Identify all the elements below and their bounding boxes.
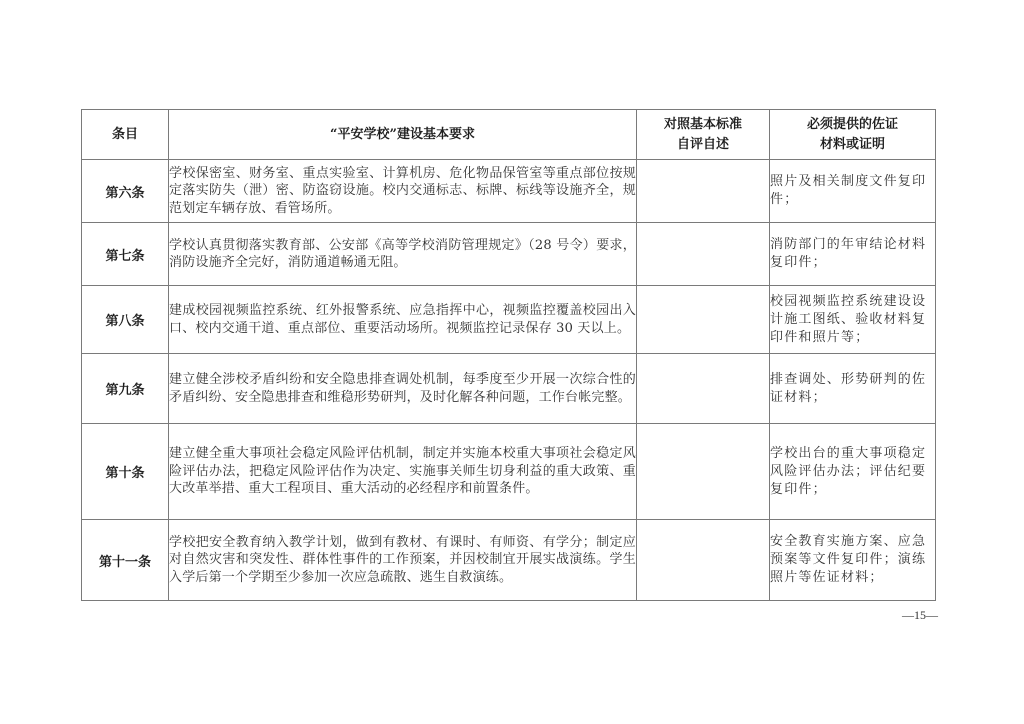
document-page: 条目 “平安学校”建设基本要求 对照基本标准 自评自述 必须提供的佐证 材料或证… <box>0 0 1024 724</box>
self-eval-cell[interactable] <box>637 160 770 223</box>
table-header-row: 条目 “平安学校”建设基本要求 对照基本标准 自评自述 必须提供的佐证 材料或证… <box>82 110 936 160</box>
article-cell: 第十条 <box>82 424 169 520</box>
proof-cell: 照片及相关制度文件复印件； <box>770 160 936 223</box>
header-requirement: “平安学校”建设基本要求 <box>169 110 637 160</box>
self-eval-cell[interactable] <box>637 223 770 286</box>
header-proof-line2: 材料或证明 <box>770 135 935 155</box>
article-cell: 第六条 <box>82 160 169 223</box>
header-proof-line1: 必须提供的佐证 <box>770 115 935 135</box>
requirement-cell: 学校把安全教育纳入教学计划，做到有教材、有课时、有师资、有学分；制定应对自然灾害… <box>169 520 637 601</box>
article-cell: 第十一条 <box>82 520 169 601</box>
table-row: 第七条 学校认真贯彻落实教育部、公安部《高等学校消防管理规定》（28 号令）要求… <box>82 223 936 286</box>
article-cell: 第九条 <box>82 354 169 424</box>
requirement-cell: 建成校园视频监控系统、红外报警系统、应急指挥中心，视频监控覆盖校园出入口、校内交… <box>169 286 637 354</box>
requirement-cell: 建立健全涉校矛盾纠纷和安全隐患排查调处机制，每季度至少开展一次综合性的矛盾纠纷、… <box>169 354 637 424</box>
table-row: 第十一条 学校把安全教育纳入教学计划，做到有教材、有课时、有师资、有学分；制定应… <box>82 520 936 601</box>
page-number: —15— <box>902 608 938 623</box>
header-self-eval-line2: 自评自述 <box>637 135 769 155</box>
table-row: 第八条 建成校园视频监控系统、红外报警系统、应急指挥中心，视频监控覆盖校园出入口… <box>82 286 936 354</box>
requirement-cell: 学校认真贯彻落实教育部、公安部《高等学校消防管理规定》（28 号令）要求，消防设… <box>169 223 637 286</box>
table-row: 第十条 建立健全重大事项社会稳定风险评估机制，制定并实施本校重大事项社会稳定风险… <box>82 424 936 520</box>
header-article: 条目 <box>82 110 169 160</box>
proof-cell: 学校出台的重大事项稳定风险评估办法；评估纪要复印件； <box>770 424 936 520</box>
self-eval-cell[interactable] <box>637 520 770 601</box>
proof-cell: 消防部门的年审结论材料复印件； <box>770 223 936 286</box>
self-eval-cell[interactable] <box>637 286 770 354</box>
requirement-cell: 建立健全重大事项社会稳定风险评估机制，制定并实施本校重大事项社会稳定风险评估办法… <box>169 424 637 520</box>
article-cell: 第七条 <box>82 223 169 286</box>
header-self-eval-line1: 对照基本标准 <box>637 115 769 135</box>
self-eval-cell[interactable] <box>637 354 770 424</box>
proof-cell: 安全教育实施方案、应急预案等文件复印件；演练照片等佐证材料； <box>770 520 936 601</box>
table-row: 第九条 建立健全涉校矛盾纠纷和安全隐患排查调处机制，每季度至少开展一次综合性的矛… <box>82 354 936 424</box>
proof-cell: 校园视频监控系统建设设计施工图纸、验收材料复印件和照片等； <box>770 286 936 354</box>
article-cell: 第八条 <box>82 286 169 354</box>
proof-cell: 排查调处、形势研判的佐证材料； <box>770 354 936 424</box>
requirements-table: 条目 “平安学校”建设基本要求 对照基本标准 自评自述 必须提供的佐证 材料或证… <box>81 109 936 601</box>
table-row: 第六条 学校保密室、财务室、重点实验室、计算机房、危化物品保管室等重点部位按规定… <box>82 160 936 223</box>
header-self-eval: 对照基本标准 自评自述 <box>637 110 770 160</box>
requirement-cell: 学校保密室、财务室、重点实验室、计算机房、危化物品保管室等重点部位按规定落实防失… <box>169 160 637 223</box>
self-eval-cell[interactable] <box>637 424 770 520</box>
header-proof: 必须提供的佐证 材料或证明 <box>770 110 936 160</box>
